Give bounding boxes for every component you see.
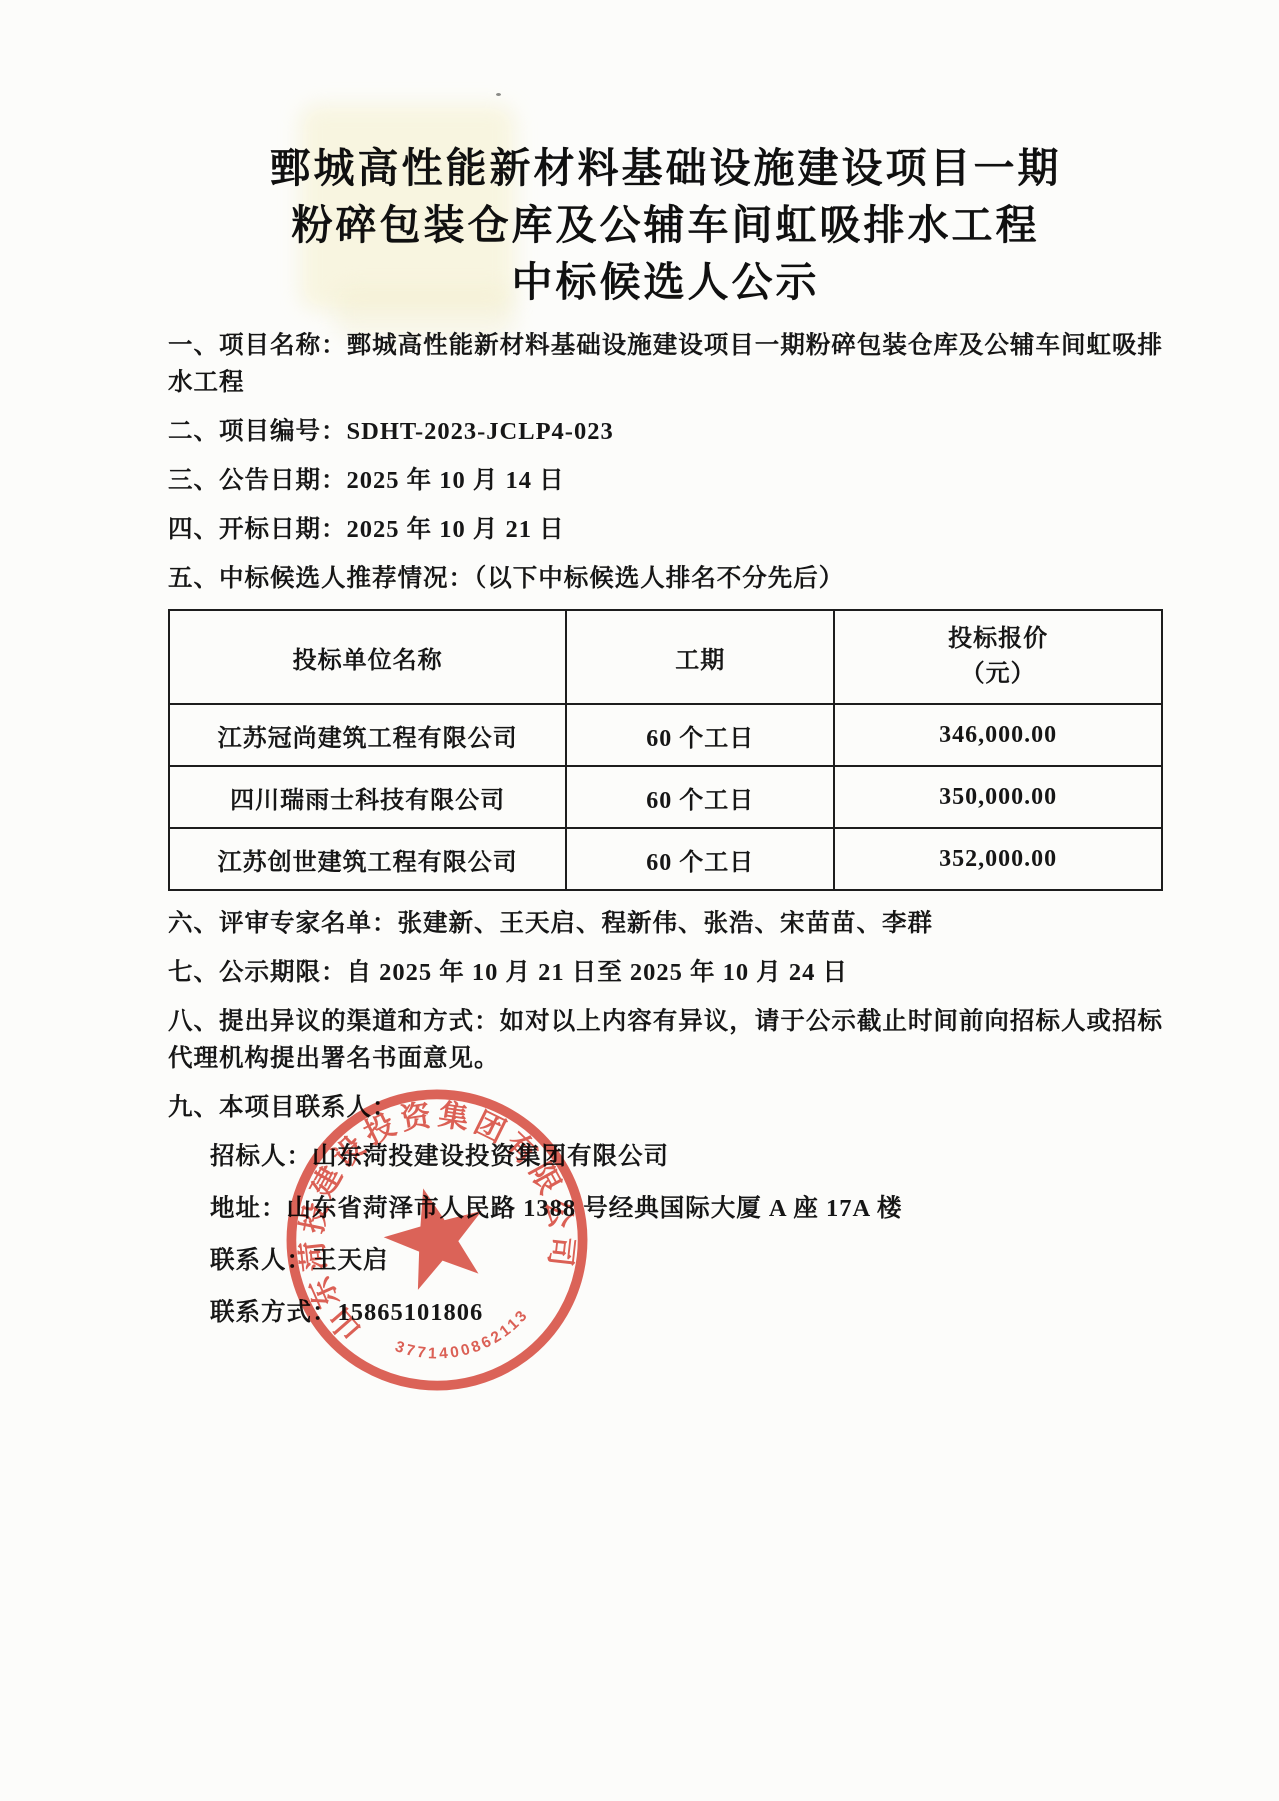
cell-company: 四川瑞雨士科技有限公司 (169, 766, 566, 828)
table-row: 江苏创世建筑工程有限公司 60 个工日 352,000.00 (169, 828, 1162, 890)
cell-duration: 60 个工日 (566, 828, 834, 890)
title-line-1: 鄄城高性能新材料基础设施建设项目一期 (168, 140, 1163, 197)
cell-price: 346,000.00 (834, 704, 1162, 766)
experts-line: 六、评审专家名单：张建新、王天启、程新伟、张浩、宋苗苗、李群 (168, 905, 1163, 942)
table-header-row: 投标单位名称 工期 投标报价 （元） (169, 610, 1162, 704)
cell-company: 江苏创世建筑工程有限公司 (169, 828, 566, 890)
header-price-line2: （元） (841, 657, 1155, 692)
cell-duration: 60 个工日 (566, 704, 834, 766)
contact-person-line: 联系人：王天启 (210, 1242, 1163, 1279)
title-line-2: 粉碎包装仓库及公辅车间虹吸排水工程 (168, 197, 1163, 254)
header-company: 投标单位名称 (169, 610, 566, 704)
header-price-line1: 投标报价 (841, 622, 1155, 657)
table-row: 江苏冠尚建筑工程有限公司 60 个工日 346,000.00 (169, 704, 1162, 766)
contact-heading-line: 九、本项目联系人： (168, 1089, 1163, 1126)
announce-date-line: 三、公告日期：2025 年 10 月 14 日 (168, 462, 1163, 499)
candidates-heading-line: 五、中标候选人推荐情况：（以下中标候选人排名不分先后） (168, 560, 1163, 597)
header-price: 投标报价 （元） (834, 610, 1162, 704)
contact-phone-line: 联系方式：15865101806 (210, 1294, 1163, 1331)
tenderer-line: 招标人：山东菏投建设投资集团有限公司 (210, 1138, 1163, 1175)
publicity-period-line: 七、公示期限：自 2025 年 10 月 21 日至 2025 年 10 月 2… (168, 954, 1163, 991)
cell-duration: 60 个工日 (566, 766, 834, 828)
document-page: 鄄城高性能新材料基础设施建设项目一期 粉碎包装仓库及公辅车间虹吸排水工程 中标候… (0, 0, 1279, 1801)
document-title: 鄄城高性能新材料基础设施建设项目一期 粉碎包装仓库及公辅车间虹吸排水工程 中标候… (168, 140, 1163, 311)
address-line: 地址：山东省菏泽市人民路 1388 号经典国际大厦 A 座 17A 楼 (210, 1190, 1163, 1227)
project-name-line: 一、项目名称：鄄城高性能新材料基础设施建设项目一期粉碎包装仓库及公辅车间虹吸排水… (168, 327, 1163, 401)
header-duration: 工期 (566, 610, 834, 704)
cell-price: 352,000.00 (834, 828, 1162, 890)
cell-price: 350,000.00 (834, 766, 1162, 828)
scan-speck (496, 93, 501, 96)
title-line-3: 中标候选人公示 (168, 254, 1163, 311)
cell-company: 江苏冠尚建筑工程有限公司 (169, 704, 566, 766)
document-content: 鄄城高性能新材料基础设施建设项目一期 粉碎包装仓库及公辅车间虹吸排水工程 中标候… (168, 140, 1163, 1346)
project-number-line: 二、项目编号：SDHT-2023-JCLP4-023 (168, 413, 1163, 450)
table-row: 四川瑞雨士科技有限公司 60 个工日 350,000.00 (169, 766, 1162, 828)
candidates-table: 投标单位名称 工期 投标报价 （元） 江苏冠尚建筑工程有限公司 60 个工日 3… (168, 609, 1163, 891)
objection-line: 八、提出异议的渠道和方式：如对以上内容有异议，请于公示截止时间前向招标人或招标代… (168, 1003, 1163, 1077)
bid-open-date-line: 四、开标日期：2025 年 10 月 21 日 (168, 511, 1163, 548)
